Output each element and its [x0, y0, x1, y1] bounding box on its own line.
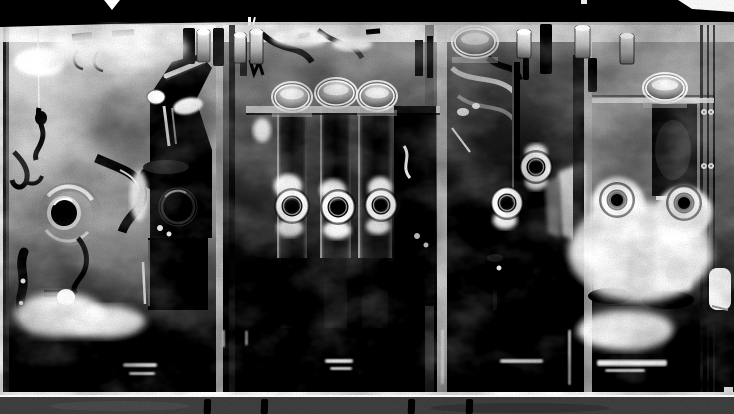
photo-canvas	[0, 0, 734, 414]
film-grain	[0, 0, 734, 414]
machinery-photo	[0, 0, 734, 414]
